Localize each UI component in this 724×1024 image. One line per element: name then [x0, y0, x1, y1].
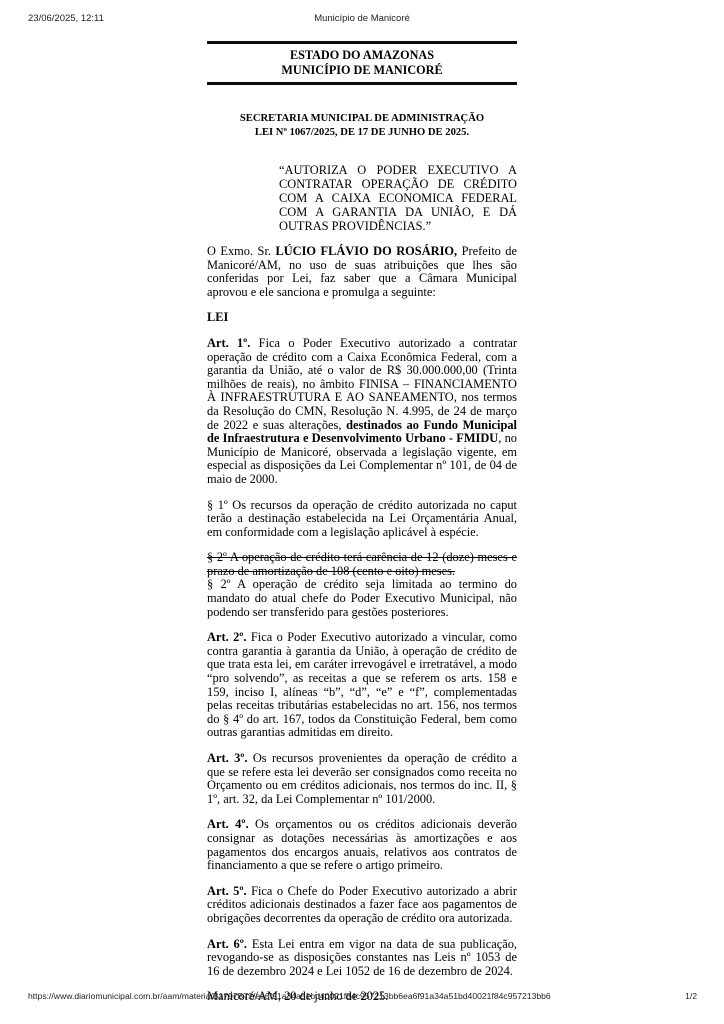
paragraph-1: § 1º Os recursos da operação de crédito …: [207, 499, 517, 540]
paragraphs: O Exmo. Sr. LÚCIO FLÁVIO DO ROSÁRIO, Pre…: [207, 245, 517, 1004]
footer-page-number: 1/2: [685, 991, 697, 1001]
article-5: Art. 5º. Fica o Chefe do Poder Executivo…: [207, 885, 517, 926]
paragraph-2-struck: § 2º A operação de crédito terá carência…: [207, 551, 517, 578]
heading-law-number: LEI Nº 1067/2025, DE 17 DE JUNHO DE 2025…: [207, 126, 517, 140]
paragraph-2: § 2º A operação de crédito seja limitada…: [207, 578, 517, 619]
print-footer: https://www.diariomunicipal.com.br/aam/m…: [28, 991, 697, 1001]
footer-url: https://www.diariomunicipal.com.br/aam/m…: [28, 991, 551, 1001]
article-2: Art. 2º. Fica o Poder Executivo autoriza…: [207, 631, 517, 740]
printed-page: 23/06/2025, 12:11 Município de Manicoré …: [0, 0, 724, 1024]
masthead: ESTADO DO AMAZONAS MUNICÍPIO DE MANICORÉ: [207, 41, 517, 85]
article-6: Art. 6º. Esta Lei entra em vigor na data…: [207, 938, 517, 979]
article-4: Art. 4º. Os orçamentos ou os créditos ad…: [207, 818, 517, 872]
article-1: Art. 1º. Fica o Poder Executivo autoriza…: [207, 337, 517, 487]
print-header: 23/06/2025, 12:11 Município de Manicoré: [28, 13, 696, 25]
document-body: ESTADO DO AMAZONAS MUNICÍPIO DE MANICORÉ…: [207, 41, 517, 1004]
heading-secretariat: SECRETARIA MUNICIPAL DE ADMINISTRAÇÃO: [207, 112, 517, 126]
law-epigraph: “AUTORIZA O PODER EXECUTIVO A CONTRATAR …: [279, 163, 517, 233]
masthead-state: ESTADO DO AMAZONAS: [207, 48, 517, 63]
document-heading: SECRETARIA MUNICIPAL DE ADMINISTRAÇÃO LE…: [207, 112, 517, 140]
article-3: Art. 3º. Os recursos provenientes da ope…: [207, 752, 517, 806]
print-page-title: Município de Manicoré: [28, 13, 696, 24]
lei-label: LEI: [207, 311, 517, 325]
intro-paragraph: O Exmo. Sr. LÚCIO FLÁVIO DO ROSÁRIO, Pre…: [207, 245, 517, 299]
masthead-municipality: MUNICÍPIO DE MANICORÉ: [207, 63, 517, 78]
